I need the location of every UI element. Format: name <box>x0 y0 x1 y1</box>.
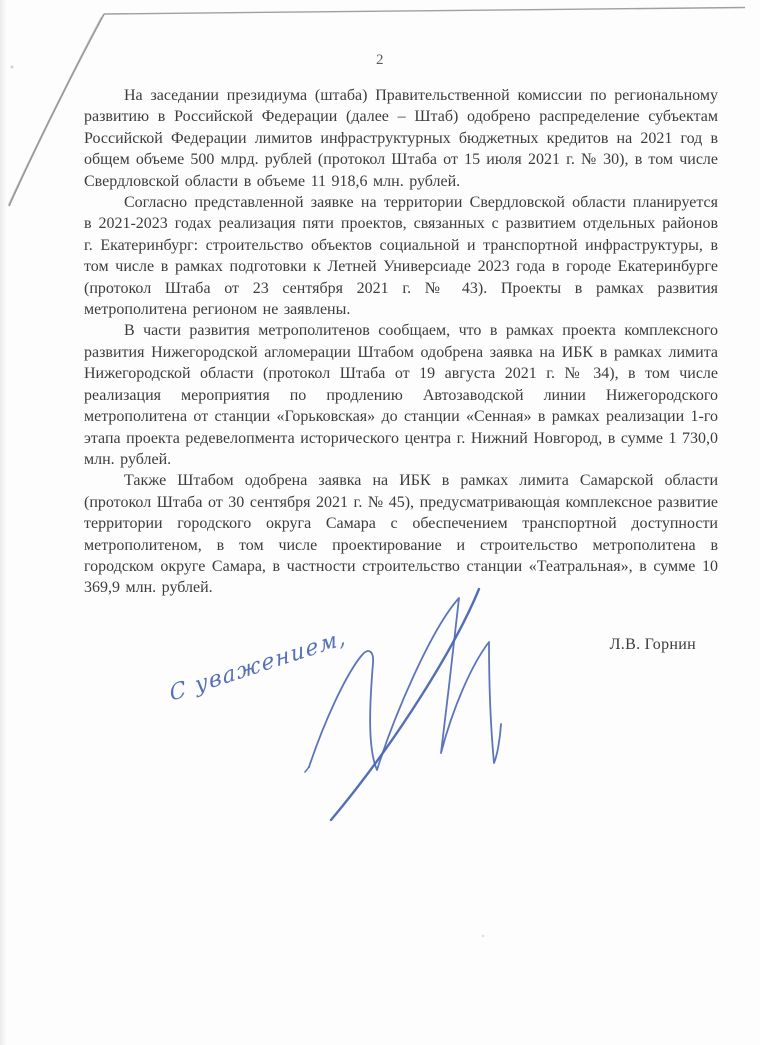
handwritten-closing: С уважением, <box>168 625 349 707</box>
scanned-letter-page: 2 На заседании президиума (штаба) Правит… <box>0 0 760 1045</box>
paragraph-nizhny-novgorod-metro: В части развития метрополитенов сообщаем… <box>84 320 718 470</box>
page-number: 2 <box>0 52 760 69</box>
signature-stroke-loops <box>309 598 501 770</box>
signer-name: Л.В. Горнин <box>610 636 696 654</box>
letter-body: На заседании президиума (штаба) Правител… <box>84 85 718 599</box>
paragraph-sverdlovsk-projects: Согласно представленной заявке на террит… <box>84 192 718 320</box>
paragraph-samara-metro: Также Штабом одобрена заявка на ИБК в ра… <box>84 470 718 598</box>
scan-edge-shading <box>0 0 7 1045</box>
signature-stroke-diagonal <box>331 589 479 820</box>
signature-stroke-hook <box>305 767 309 772</box>
paragraph-infrastructure-credits: На заседании президиума (штаба) Правител… <box>84 85 718 192</box>
signature-ink <box>305 589 501 820</box>
